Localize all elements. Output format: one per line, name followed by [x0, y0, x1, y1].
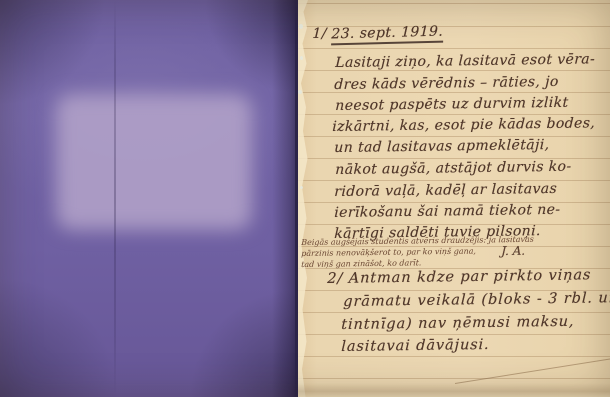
left-cover-page: [0, 0, 298, 397]
margin-note-line: tad viņš gan zināšot, ko darīt.: [301, 258, 422, 269]
cover-vignette: [0, 0, 298, 397]
notebook-scan: 1/ 23. sept. 1919. Lasitaji ziņo, ka las…: [0, 0, 610, 397]
paper-speck: [300, 186, 303, 189]
paper-speck: [300, 56, 303, 60]
right-notebook-page: 1/ 23. sept. 1919. Lasitaji ziņo, ka las…: [298, 0, 610, 397]
handwritten-line: ridorā vaļā, kadēļ ar lasitavas: [334, 181, 557, 200]
handwritten-line: tintnīga) nav ņēmusi maksu,: [341, 314, 575, 333]
handwritten-line: dres kāds vērēdnis – rāties, jo: [334, 74, 559, 93]
handwritten-line: nākot augšā, atstājot durvis ko-: [335, 159, 572, 178]
handwritten-line: un tad lasitavas apmeklētāji,: [334, 137, 550, 156]
handwritten-line: ierīkošanu šai namā tiekot ne-: [334, 202, 561, 221]
signature-initials: J. A.: [501, 244, 526, 258]
date-text: 23. sept. 1919.: [331, 24, 443, 46]
handwritten-line: lasitavai dāvājusi.: [341, 337, 490, 355]
page-bottom-edge: [298, 383, 610, 397]
paper-speck: [298, 90, 302, 94]
entry-number: 1/: [312, 26, 327, 42]
date-heading: 1/ 23. sept. 1919.: [312, 24, 444, 45]
handwritten-line: neesot paspēts uz durvim izlikt: [335, 95, 569, 114]
paper-speck: [299, 24, 303, 29]
